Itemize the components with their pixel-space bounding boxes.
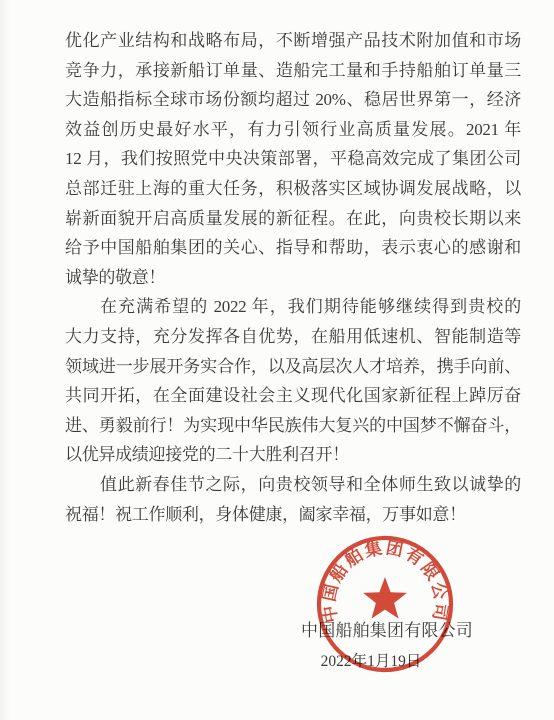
star-icon [363,577,407,619]
seal-ring-text-holder: 中国船舶集团有限公司 [318,537,450,624]
letter-line: 总部迁驻上海的重大任务，积极落实区域协调发展战略，以 [65,174,521,204]
letter-line: 大造船指标全球市场份额均超过 20%、稳居世界第一，经济 [65,85,521,115]
letter-line: 效益创历史最好水平，有力引领行业高质量发展。2021 年 [65,115,521,145]
letter-line: 领域进一步展开务实合作，以及高层次人才培养，携手向前、 [65,352,521,382]
signature-company-name: 中国船舶集团有限公司 [301,620,473,642]
letter-line: 优化产业结构和战略布局，不断增强产品技术附加值和市场 [65,26,521,56]
letter-line: 共同开拓，在全面建设社会主义现代化国家新征程上踔厉奋 [65,381,521,411]
letter-line: 给予中国船舶集团的关心、指导和帮助，表示衷心的感谢和 [65,233,521,263]
letter-line: 12 月，我们按照党中央决策部署，平稳高效完成了集团公司 [65,144,521,174]
letter-line: 大力支持，充分发挥各自优势，在船用低速机、智能制造等 [65,322,521,352]
letter-line: 值此新春佳节之际，向贵校领导和全体师生致以诚挚的 [65,470,521,500]
seal-ring [319,538,451,670]
seal-ring-text: 中国船舶集团有限公司 [318,537,450,624]
letter-line: 祝福！祝工作顺利，身体健康，阖家幸福，万事如意！ [65,500,521,530]
letter-line: 进、勇毅前行！为实现中华民族伟大复兴的中国梦不懈奋斗， [65,411,521,441]
letter-line: 崭新面貌开启高质量发展的新征程。在此，向贵校长期以来 [65,204,521,234]
letter-line: 竞争力，承接新船订单量、造船完工量和手持船舶订单量三 [65,56,521,86]
letter-line: 在充满希望的 2022 年，我们期待能够继续得到贵校的 [65,292,521,322]
letter-body: 优化产业结构和战略布局，不断增强产品技术附加值和市场 竞争力，承接新船订单量、造… [65,26,521,529]
letter-line: 以优异成绩迎接党的二十大胜利召开！ [65,440,521,470]
letter-line: 诚挚的敬意！ [65,263,521,293]
letter-date: 2022年1月19日 [302,652,440,672]
scanned-letter-page: 优化产业结构和战略布局，不断增强产品技术附加值和市场 竞争力，承接新船订单量、造… [0,0,554,720]
